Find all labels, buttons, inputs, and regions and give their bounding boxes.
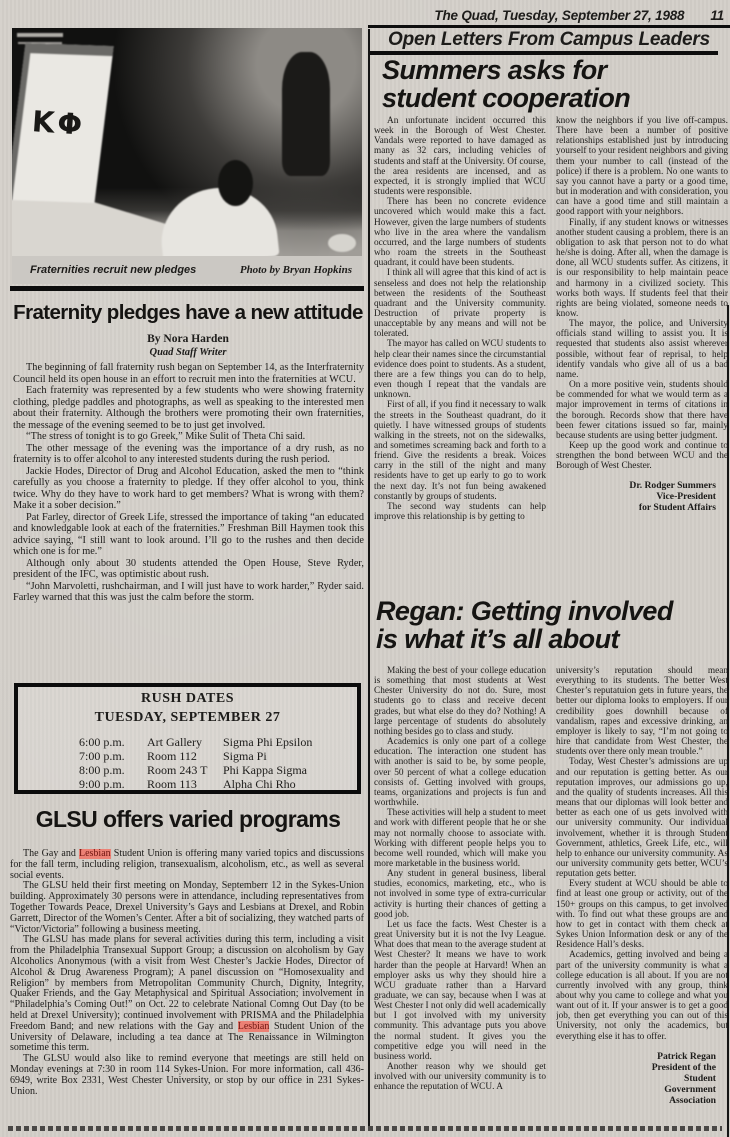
paragraph: Another reason why we should get involve…: [374, 1062, 546, 1092]
rush-dates-box: RUSH DATES TUESDAY, SEPTEMBER 27 6:00 p.…: [14, 683, 361, 794]
kappa-phi-letters: ΚΦ: [31, 104, 86, 142]
paragraph: I think all will agree that this kind of…: [374, 268, 546, 339]
byline-role: Quad Staff Writer: [12, 346, 364, 359]
table-paper-shape: [328, 234, 356, 252]
regan-column-1: Making the best of your college educatio…: [374, 666, 546, 1126]
paragraph: The Gay and Lesbian Student Union is off…: [10, 849, 364, 881]
paragraph: Academics, getting involved and being a …: [556, 950, 728, 1041]
regan-column-2: university’s reputation should mean ever…: [556, 666, 728, 1126]
rush-row: 6:00 p.m. Art Gallery Sigma Phi Epsilon: [18, 735, 357, 749]
paragraph: Each fraternity was represented by a few…: [13, 385, 364, 431]
rush-room: Room 113: [147, 777, 223, 791]
paragraph: university’s reputation should mean ever…: [556, 666, 728, 757]
standing-figure-silhouette: [282, 52, 330, 176]
paragraph: Pat Farley, director of Greek Life, stre…: [13, 512, 364, 558]
page-edge-rule: [727, 305, 729, 1137]
paragraph: The other message of the evening was the…: [13, 443, 364, 466]
photo-caption-strip: Fraternities recruit new pledges Photo b…: [12, 256, 362, 284]
photo-caption: Fraternities recruit new pledges: [30, 264, 196, 276]
rush-fraternity: Sigma Phi Epsilon: [223, 735, 357, 749]
paragraph: Keep up the good work and continue to st…: [556, 441, 728, 471]
paragraph: Jackie Hodes, Director of Drug and Alcoh…: [13, 466, 364, 512]
summers-headline-line1: Summers asks for: [382, 56, 728, 84]
signature-line: President of the: [556, 1062, 716, 1073]
regan-headline-line2: is what it’s all about: [376, 625, 728, 653]
paragraph: Today, West Chester’s admissions are up …: [556, 757, 728, 879]
fraternity-byline: By Nora Harden Quad Staff Writer: [12, 333, 364, 359]
paragraph: The mayor has called on WCU students to …: [374, 339, 546, 400]
film-edge-marks: [17, 33, 63, 37]
fraternity-photo: ΚΦ: [12, 28, 362, 256]
paragraph: These activities will help a student to …: [374, 808, 546, 869]
rush-room: Room 112: [147, 749, 223, 763]
glsu-article-body: The Gay and Lesbian Student Union is off…: [10, 849, 364, 1121]
text-run: The Gay and: [23, 849, 79, 859]
summers-article: An unfortunate incident occurred this we…: [374, 116, 728, 594]
rush-box-subtitle: TUESDAY, SEPTEMBER 27: [18, 710, 357, 726]
glsu-headline: GLSU offers varied programs: [14, 806, 362, 833]
photo-credit: Photo by Bryan Hopkins: [240, 264, 352, 276]
section-banner: Open Letters From Campus Leaders: [388, 29, 718, 51]
column-divider-rule: [368, 29, 370, 1126]
rush-fraternity: Sigma Pi: [223, 749, 357, 763]
rush-time: 6:00 p.m.: [79, 735, 147, 749]
newspaper-page: The Quad, Tuesday, September 27, 1988 11…: [0, 0, 730, 1137]
paragraph: “John Marvoletti, rushchairman, and I wi…: [13, 581, 364, 604]
paragraph: The GLSU held their first meeting on Mon…: [10, 881, 364, 935]
rush-fraternity: Phi Kappa Sigma: [223, 763, 357, 777]
rush-fraternity: Alpha Chi Rho: [223, 777, 357, 791]
search-highlight: Lesbian: [238, 1021, 270, 1032]
signature-line: Government: [556, 1084, 716, 1095]
paragraph: The mayor, the police, and University of…: [556, 319, 728, 380]
summers-headline-line2: student cooperation: [382, 84, 728, 112]
rush-time: 7:00 p.m.: [79, 749, 147, 763]
summers-column-2-text: know the neighbors if you live off-campu…: [556, 116, 728, 471]
rush-box-title: RUSH DATES: [18, 691, 357, 707]
paragraph: The beginning of fall fraternity rush be…: [13, 362, 364, 385]
paragraph: Every student at WCU should be able to f…: [556, 879, 728, 950]
summers-headline: Summers asks for student cooperation: [382, 56, 728, 112]
regan-signature: Patrick ReganPresident of theStudentGove…: [556, 1051, 728, 1106]
signature-line: Student: [556, 1073, 716, 1084]
signature-line: Dr. Rodger Summers: [556, 480, 716, 491]
signature-line: Association: [556, 1095, 716, 1106]
paragraph: “The stress of tonight is to go Greek,” …: [13, 431, 364, 443]
masthead-rule: [368, 25, 730, 28]
summers-column-1: An unfortunate incident occurred this we…: [374, 116, 546, 594]
rush-row: 9:00 p.m. Room 113 Alpha Chi Rho: [18, 777, 357, 791]
paragraph: The GLSU would also like to remind every…: [10, 1054, 364, 1097]
paragraph: An unfortunate incident occurred this we…: [374, 116, 546, 197]
paragraph: Although only about 30 students attended…: [13, 558, 364, 581]
summers-signature: Dr. Rodger SummersVice-Presidentfor Stud…: [556, 480, 728, 513]
paragraph: On a more positive vein, students should…: [556, 380, 728, 441]
paragraph: First of all, if you find it necessary t…: [374, 400, 546, 502]
search-highlight: Lesbian: [79, 849, 111, 859]
signature-line: Vice-President: [556, 491, 716, 502]
signature-line: Patrick Regan: [556, 1051, 716, 1062]
regan-headline-line1: Regan: Getting involved: [376, 597, 728, 625]
caption-rule: [10, 286, 364, 291]
rush-time: 9:00 p.m.: [79, 777, 147, 791]
regan-headline: Regan: Getting involved is what it’s all…: [376, 597, 728, 653]
fraternity-article-body: The beginning of fall fraternity rush be…: [13, 362, 364, 662]
paragraph: The second way students can help improve…: [374, 502, 546, 522]
summers-column-2: know the neighbors if you live off-campu…: [556, 116, 728, 594]
byline-name: By Nora Harden: [12, 333, 364, 346]
photo-shapes: [12, 28, 362, 256]
paragraph: Any student in general business, liberal…: [374, 869, 546, 920]
rush-row: 7:00 p.m. Room 112 Sigma Pi: [18, 749, 357, 763]
paragraph: There has been no concrete evidence unco…: [374, 197, 546, 268]
masthead-title: The Quad, Tuesday, September 27, 1988: [434, 8, 684, 23]
pledge-head-silhouette: [218, 160, 253, 206]
text-run: The GLSU has made plans for several acti…: [10, 934, 364, 1031]
fraternity-headline: Fraternity pledges have a new attitude: [12, 301, 364, 325]
page-number: 11: [710, 8, 724, 23]
rush-schedule: 6:00 p.m. Art Gallery Sigma Phi Epsilon …: [18, 735, 357, 791]
bottom-dashed-rule: [8, 1126, 722, 1131]
rush-time: 8:00 p.m.: [79, 763, 147, 777]
regan-column-2-text: university’s reputation should mean ever…: [556, 666, 728, 1042]
paragraph: Let us face the facts. West Chester is a…: [374, 920, 546, 1062]
rush-room: Room 243 T: [147, 763, 223, 777]
signature-line: for Student Affairs: [556, 502, 716, 513]
pledge-shirt-shape: [156, 182, 279, 256]
paragraph: Making the best of your college educatio…: [374, 666, 546, 737]
paragraph: know the neighbors if you live off-campu…: [556, 116, 728, 218]
masthead: The Quad, Tuesday, September 27, 1988 11: [372, 8, 730, 23]
paragraph: Academics is only one part of a college …: [374, 737, 546, 808]
regan-article: Making the best of your college educatio…: [374, 666, 728, 1126]
paragraph: Finally, if any student knows or witness…: [556, 218, 728, 320]
rush-room: Art Gallery: [147, 735, 223, 749]
rush-row: 8:00 p.m. Room 243 T Phi Kappa Sigma: [18, 763, 357, 777]
paragraph: The GLSU has made plans for several acti…: [10, 935, 364, 1054]
